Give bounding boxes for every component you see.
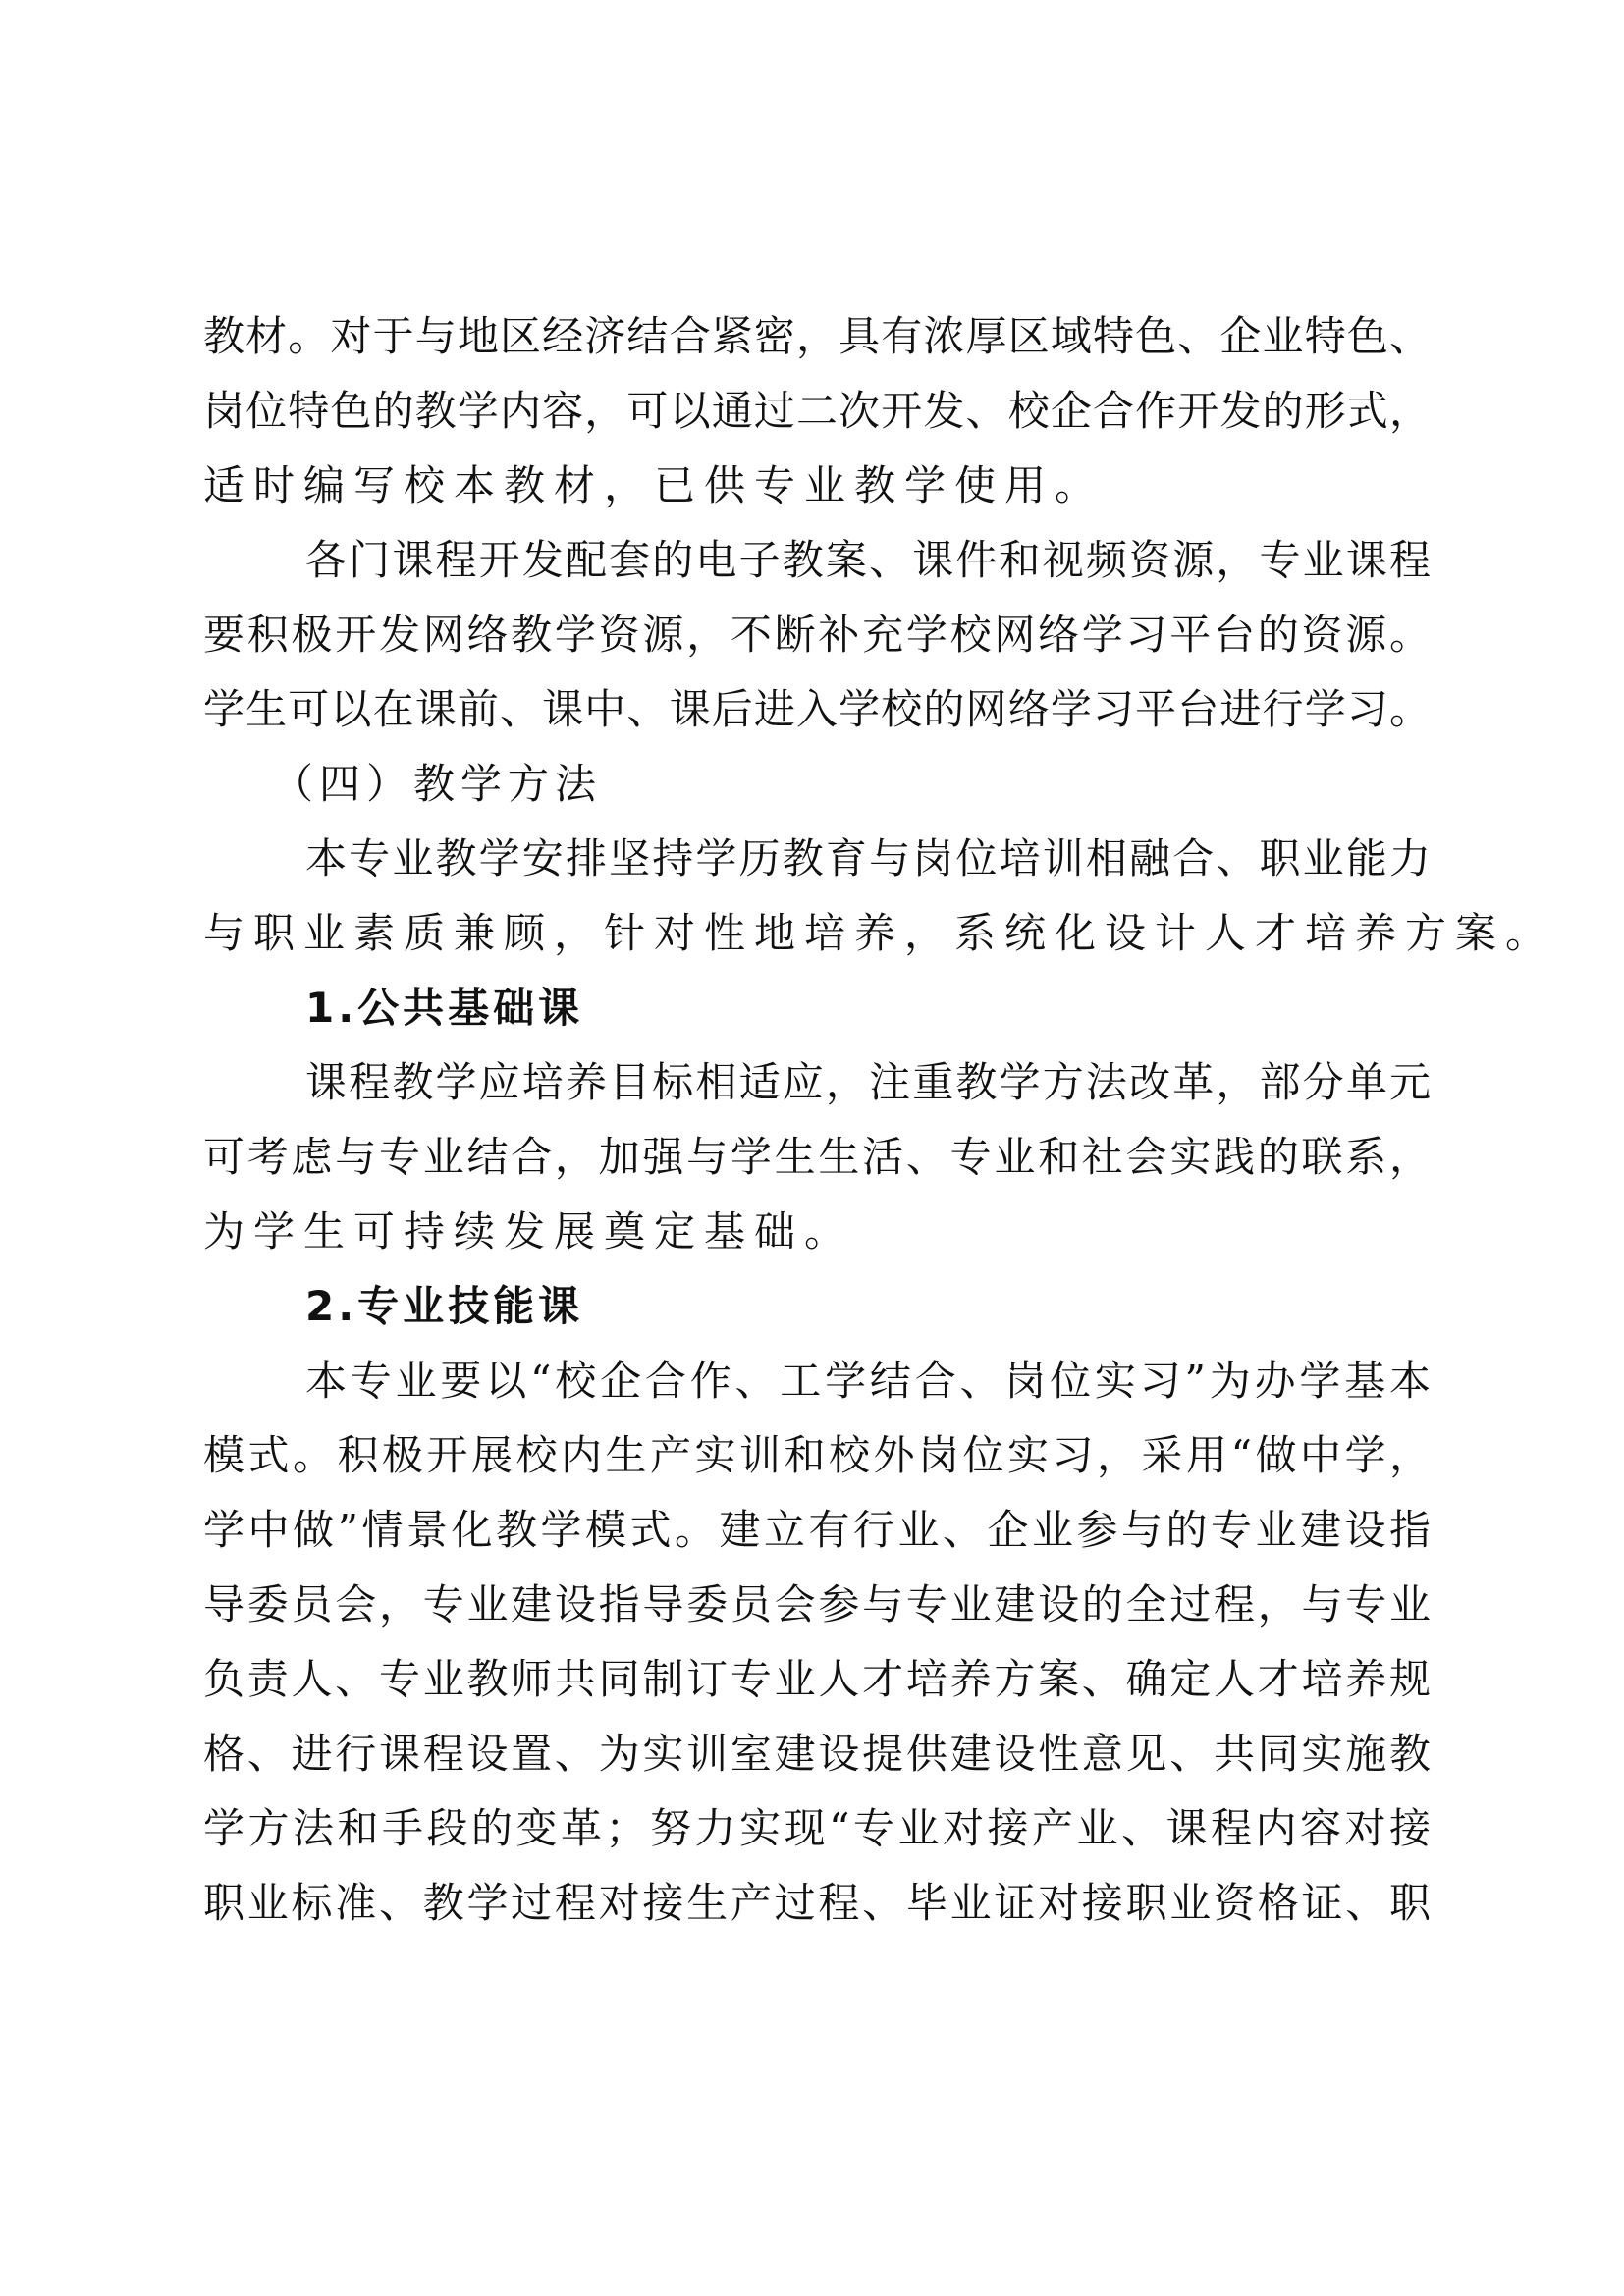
text-line: 教材。对于与地区经济结合紧密，具有浓厚区域特色、企业特色、 — [203, 299, 1431, 374]
paragraph-public-basic-courses: 课程教学应培养目标相适应，注重教学方法改革，部分单元 可考虑与专业结合，加强与学… — [203, 1045, 1431, 1269]
text-line: 各门课程开发配套的电子教案、课件和视频资源，专业课程 — [203, 523, 1431, 598]
subsection-heading-professional-skill-courses: 2.专业技能课 — [203, 1269, 1431, 1344]
text-line: 适时编写校本教材，已供专业教学使用。 — [203, 449, 1431, 523]
text-line: 导委员会，专业建设指导委员会参与专业建设的全过程，与专业 — [203, 1568, 1431, 1642]
paragraph-teaching-arrangement: 本专业教学安排坚持学历教育与岗位培训相融合、职业能力 与职业素质兼顾，针对性地培… — [203, 822, 1431, 971]
text-line: 模式。积极开展校内生产实训和校外岗位实习，采用“做中学， — [203, 1418, 1431, 1493]
subsection-heading: 1.公共基础课 — [203, 971, 1431, 1045]
text-line: 课程教学应培养目标相适应，注重教学方法改革，部分单元 — [203, 1045, 1431, 1120]
paragraph-professional-skill-courses: 本专业要以“校企合作、工学结合、岗位实习”为办学基本 模式。积极开展校内生产实训… — [203, 1344, 1431, 1941]
subsection-heading: 2.专业技能课 — [203, 1269, 1431, 1344]
text-line: 学生可以在课前、课中、课后进入学校的网络学习平台进行学习。 — [203, 672, 1431, 747]
text-line: 可考虑与专业结合，加强与学生生活、专业和社会实践的联系， — [203, 1120, 1431, 1195]
section-heading: （四）教学方法 — [203, 747, 1431, 822]
subsection-heading-public-basic-courses: 1.公共基础课 — [203, 971, 1431, 1045]
text-line: 本专业教学安排坚持学历教育与岗位培训相融合、职业能力 — [203, 822, 1431, 896]
paragraph-textbook-continuation: 教材。对于与地区经济结合紧密，具有浓厚区域特色、企业特色、 岗位特色的教学内容，… — [203, 299, 1431, 523]
text-line: 与职业素质兼顾，针对性地培养，系统化设计人才培养方案。 — [203, 896, 1431, 971]
document-page: 教材。对于与地区经济结合紧密，具有浓厚区域特色、企业特色、 岗位特色的教学内容，… — [203, 299, 1431, 1941]
text-line: 本专业要以“校企合作、工学结合、岗位实习”为办学基本 — [203, 1344, 1431, 1418]
section-heading-teaching-methods: （四）教学方法 — [203, 747, 1431, 822]
text-line: 格、进行课程设置、为实训室建设提供建设性意见、共同实施教 — [203, 1717, 1431, 1791]
text-line: 负责人、专业教师共同制订专业人才培养方案、确定人才培养规 — [203, 1642, 1431, 1717]
paragraph-digital-resources: 各门课程开发配套的电子教案、课件和视频资源，专业课程 要积极开发网络教学资源，不… — [203, 523, 1431, 747]
text-line: 职业标准、教学过程对接生产过程、毕业证对接职业资格证、职 — [203, 1866, 1431, 1941]
text-line: 学中做”情景化教学模式。建立有行业、企业参与的专业建设指 — [203, 1493, 1431, 1568]
text-line: 岗位特色的教学内容，可以通过二次开发、校企合作开发的形式， — [203, 374, 1431, 449]
text-line: 学方法和手段的变革；努力实现“专业对接产业、课程内容对接 — [203, 1791, 1431, 1866]
text-line: 为学生可持续发展奠定基础。 — [203, 1195, 1431, 1269]
text-line: 要积极开发网络教学资源，不断补充学校网络学习平台的资源。 — [203, 598, 1431, 672]
